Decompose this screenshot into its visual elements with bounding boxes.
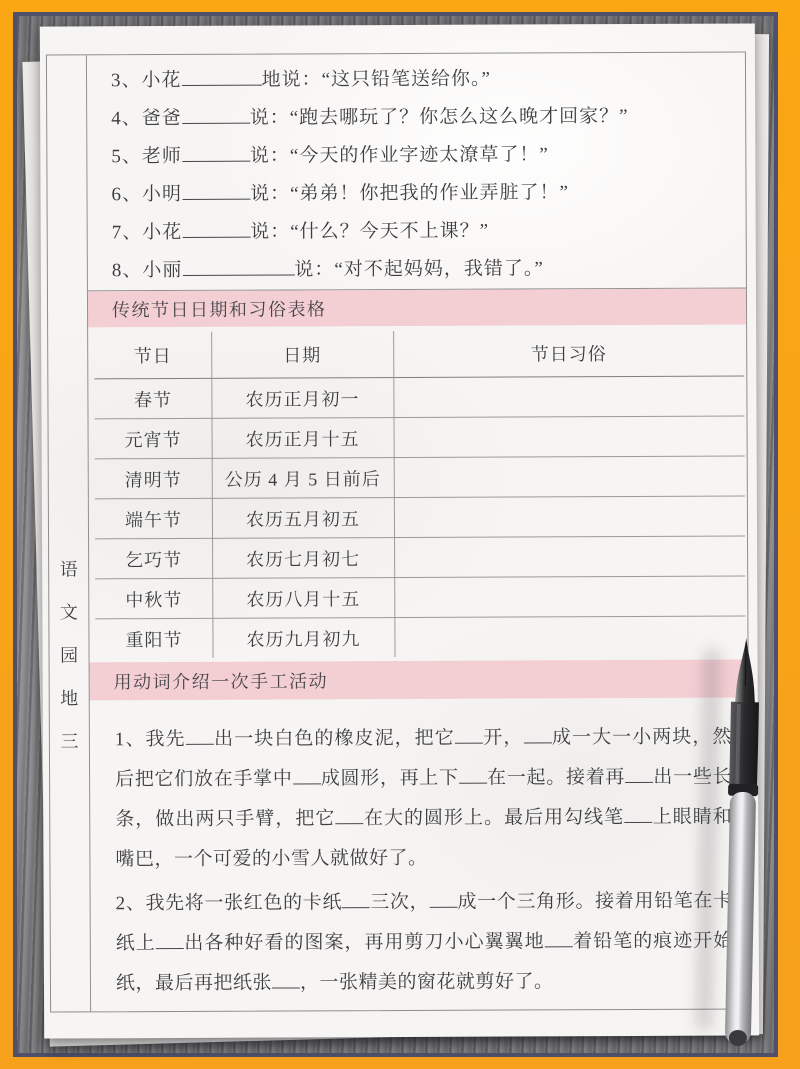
- table-row: 清明节 公历 4 月 5 日前后: [95, 456, 745, 499]
- paragraph-text: ，一张精美的窗花就剪好了。: [300, 971, 554, 993]
- section-header-text: 传统节日日期和习俗表格: [112, 295, 327, 322]
- fill-in-blank: [182, 148, 250, 162]
- paragraph-text: 在大的圆形上。最后用勾线笔: [363, 807, 624, 829]
- paragraph-text: 在一起。接着再: [487, 767, 625, 789]
- fill-in-blank: [545, 933, 573, 947]
- date-cell: 公历 4 月 5 日前后: [212, 465, 394, 492]
- custom-cell: [393, 396, 744, 398]
- fill-in-blank: [523, 729, 551, 743]
- activity-paragraphs: 1、我先出一块白色的橡皮泥，把它开，成一大一小两块，然后把它们放在手掌中成圆形，…: [90, 697, 749, 1008]
- date-cell: 农历七月初七: [212, 545, 394, 572]
- activity-section-header: 用动词介绍一次手工活动: [90, 659, 748, 700]
- fill-in-blank: [459, 770, 487, 784]
- sentence-text: 5、老师: [111, 146, 182, 167]
- section-header-text: 用动词介绍一次手工活动: [114, 667, 329, 694]
- paragraph-text: 1、我先: [115, 729, 186, 750]
- paragraph-text: 出一块白色的橡皮泥，把它: [214, 728, 455, 750]
- sentence-item: 5、老师说：“今天的作业字迹太潦草了！”: [111, 138, 745, 168]
- sentence-text: 8、小丽: [112, 260, 183, 281]
- festival-cell: 重阳节: [95, 625, 212, 652]
- table-row: 重阳节 农历九月初九: [95, 616, 745, 658]
- sentence-item: 4、爸爸说：“跑去哪玩了？你怎么这么晚才回家？”: [111, 100, 745, 130]
- column-header: 节日: [94, 342, 211, 369]
- fountain-pen-icon: [706, 631, 779, 1056]
- page-title-char: 语: [60, 555, 78, 581]
- paragraph-text: 成圆形，再上下: [321, 768, 459, 790]
- column-header: 节日习俗: [393, 339, 744, 367]
- paragraph-text: 三次，: [370, 892, 429, 913]
- page-title-char: 三: [60, 727, 78, 753]
- custom-cell: [394, 636, 745, 638]
- custom-cell: [394, 476, 745, 478]
- festival-cell: 春节: [94, 385, 211, 412]
- custom-cell: [394, 596, 745, 598]
- sentence-text: 7、小花: [112, 222, 183, 243]
- table-row: 春节 农历正月初一: [94, 376, 744, 419]
- fill-in-blank: [335, 810, 363, 824]
- fill-in-blank: [182, 224, 250, 238]
- column-header: 日期: [211, 341, 393, 368]
- fill-in-blank: [182, 262, 294, 276]
- sentence-text: 3、小花: [111, 70, 182, 91]
- custom-cell: [394, 436, 745, 438]
- fill-in-blank: [186, 731, 214, 745]
- worksheet-paper: 语 文 园 地 三 3、小花地说：“这只铅笔送给你。” 4、爸爸说：“跑去哪玩了…: [40, 23, 759, 1038]
- festival-table: 节日 日期 节日习俗 春节 农历正月初一 元宵节 农历正月十五: [88, 329, 747, 658]
- fill-in-blank: [272, 974, 300, 988]
- worksheet-photo: 语 文 园 地 三 3、小花地说：“这只铅笔送给你。” 4、爸爸说：“跑去哪玩了…: [0, 0, 800, 1069]
- page-title-char: 地: [60, 684, 78, 710]
- date-cell: 农历五月初五: [212, 505, 394, 532]
- activity-paragraph: 2、我先将一张红色的卡纸三次，成一个三角形。接着用铅笔在卡纸上出各种好看的图案，…: [116, 882, 734, 1005]
- fill-in-blank: [429, 894, 457, 908]
- side-title-column: 语 文 园 地 三: [47, 55, 91, 1011]
- date-cell: 农历正月初一: [211, 385, 393, 412]
- sentence-text: 6、小明: [111, 184, 182, 205]
- fill-in-blank: [156, 935, 184, 949]
- date-cell: 农历八月十五: [212, 585, 394, 612]
- table-row: 端午节 农历五月初五: [95, 496, 745, 539]
- paragraph-text: 2、我先将一张红色的卡纸: [116, 892, 343, 914]
- date-cell: 农历九月初九: [212, 625, 394, 652]
- table-header-row: 节日 日期 节日习俗: [94, 329, 744, 379]
- sentence-item: 8、小丽说：“对不起妈妈，我错了。”: [112, 253, 746, 283]
- sentence-exercise-list: 3、小花地说：“这只铅笔送给你。” 4、爸爸说：“跑去哪玩了？你怎么这么晚才回家…: [87, 52, 746, 291]
- paragraph-text: 出各种好看的图案，再用剪刀小心翼翼地: [184, 931, 545, 954]
- page-title-char: 文: [60, 598, 78, 624]
- table-row: 中秋节 农历八月十五: [95, 576, 745, 619]
- custom-cell: [394, 516, 745, 518]
- table-row: 乞巧节 农历七月初七: [95, 536, 745, 579]
- sentence-item: 6、小明说：“弟弟！你把我的作业弄脏了！”: [111, 177, 745, 207]
- festival-cell: 元宵节: [95, 425, 212, 452]
- fill-in-blank: [624, 809, 652, 823]
- date-cell: 农历正月十五: [212, 425, 394, 452]
- sentence-text: 说：“对不起妈妈，我错了。”: [294, 259, 543, 281]
- fill-in-blank: [455, 730, 483, 744]
- fill-in-blank: [342, 894, 370, 908]
- fill-in-blank: [182, 71, 262, 85]
- sentence-text: 说：“跑去哪玩了？你怎么这么晚才回家？”: [250, 106, 629, 129]
- worksheet-frame: 语 文 园 地 三 3、小花地说：“这只铅笔送给你。” 4、爸爸说：“跑去哪玩了…: [46, 51, 750, 1012]
- page-title: 语 文 园 地 三: [49, 555, 89, 753]
- sentence-text: 说：“今天的作业字迹太潦草了！”: [250, 144, 549, 166]
- sentence-item: 3、小花地说：“这只铅笔送给你。”: [111, 62, 745, 92]
- paragraph-text: 开，: [483, 727, 524, 748]
- festival-section-header: 传统节日日期和习俗表格: [88, 288, 746, 327]
- festival-cell: 端午节: [95, 505, 212, 532]
- fill-in-blank: [625, 769, 653, 783]
- fill-in-blank: [293, 770, 321, 784]
- sentence-text: 地说：“这只铅笔送给你。”: [261, 68, 490, 90]
- sentence-item: 7、小花说：“什么？今天不上课？”: [112, 215, 746, 245]
- custom-cell: [394, 556, 745, 558]
- sentence-text: 说：“什么？今天不上课？”: [250, 221, 489, 243]
- activity-paragraph: 1、我先出一块白色的橡皮泥，把它开，成一大一小两块，然后把它们放在手掌中成圆形，…: [115, 718, 733, 881]
- fill-in-blank: [182, 109, 250, 123]
- fill-in-blank: [182, 186, 250, 200]
- sentence-text: 说：“弟弟！你把我的作业弄脏了！”: [250, 182, 569, 204]
- festival-cell: 乞巧节: [95, 545, 212, 572]
- worksheet-content: 3、小花地说：“这只铅笔送给你。” 4、爸爸说：“跑去哪玩了？你怎么这么晚才回家…: [87, 52, 749, 1011]
- sentence-text: 4、爸爸: [111, 108, 182, 129]
- festival-cell: 清明节: [95, 465, 212, 492]
- festival-cell: 中秋节: [95, 585, 212, 612]
- table-row: 元宵节 农历正月十五: [95, 416, 745, 459]
- page-title-char: 园: [60, 641, 78, 667]
